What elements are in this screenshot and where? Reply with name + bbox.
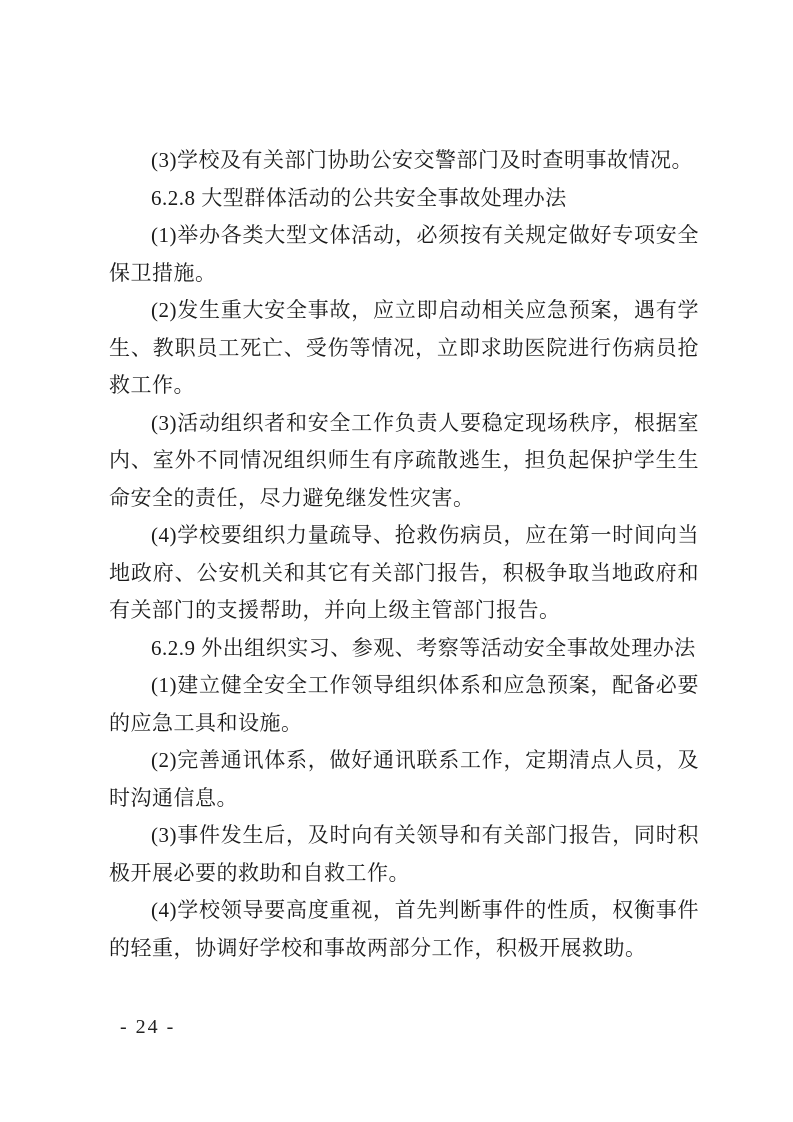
section-heading-7: 6.2.9 外出组织实习、参观、考察等活动安全事故处理办法 [109,630,699,668]
paragraph-1: (3)学校及有关部门协助公安交警部门及时查明事故情况。 [109,142,699,180]
document-body: (3)学校及有关部门协助公安交警部门及时查明事故情况。6.2.8 大型群体活动的… [109,142,699,967]
paragraph-6: (4)学校要组织力量疏导、抢救伤病员，应在第一时间向当地政府、公安机关和其它有关… [109,517,699,630]
paragraph-4: (2)发生重大安全事故，应立即启动相关应急预案，遇有学生、教职员工死亡、受伤等情… [109,292,699,405]
paragraph-11: (4)学校领导要高度重视，首先判断事件的性质，权衡事件的轻重，协调好学校和事故两… [109,892,699,967]
document-page: (3)学校及有关部门协助公安交警部门及时查明事故情况。6.2.8 大型群体活动的… [0,0,793,1122]
page-footer: - 24 - [120,1014,175,1040]
paragraph-5: (3)活动组织者和安全工作负责人要稳定现场秩序，根据室内、室外不同情况组织师生有… [109,405,699,518]
paragraph-10: (3)事件发生后，及时向有关领导和有关部门报告，同时积极开展必要的救助和自救工作… [109,817,699,892]
paragraph-3: (1)举办各类大型文体活动，必须按有关规定做好专项安全保卫措施。 [109,217,699,292]
section-heading-2: 6.2.8 大型群体活动的公共安全事故处理办法 [109,180,699,218]
page-number: - 24 - [120,1016,175,1038]
paragraph-8: (1)建立健全安全工作领导组织体系和应急预案，配备必要的应急工具和设施。 [109,667,699,742]
paragraph-9: (2)完善通讯体系，做好通讯联系工作，定期清点人员，及时沟通信息。 [109,742,699,817]
